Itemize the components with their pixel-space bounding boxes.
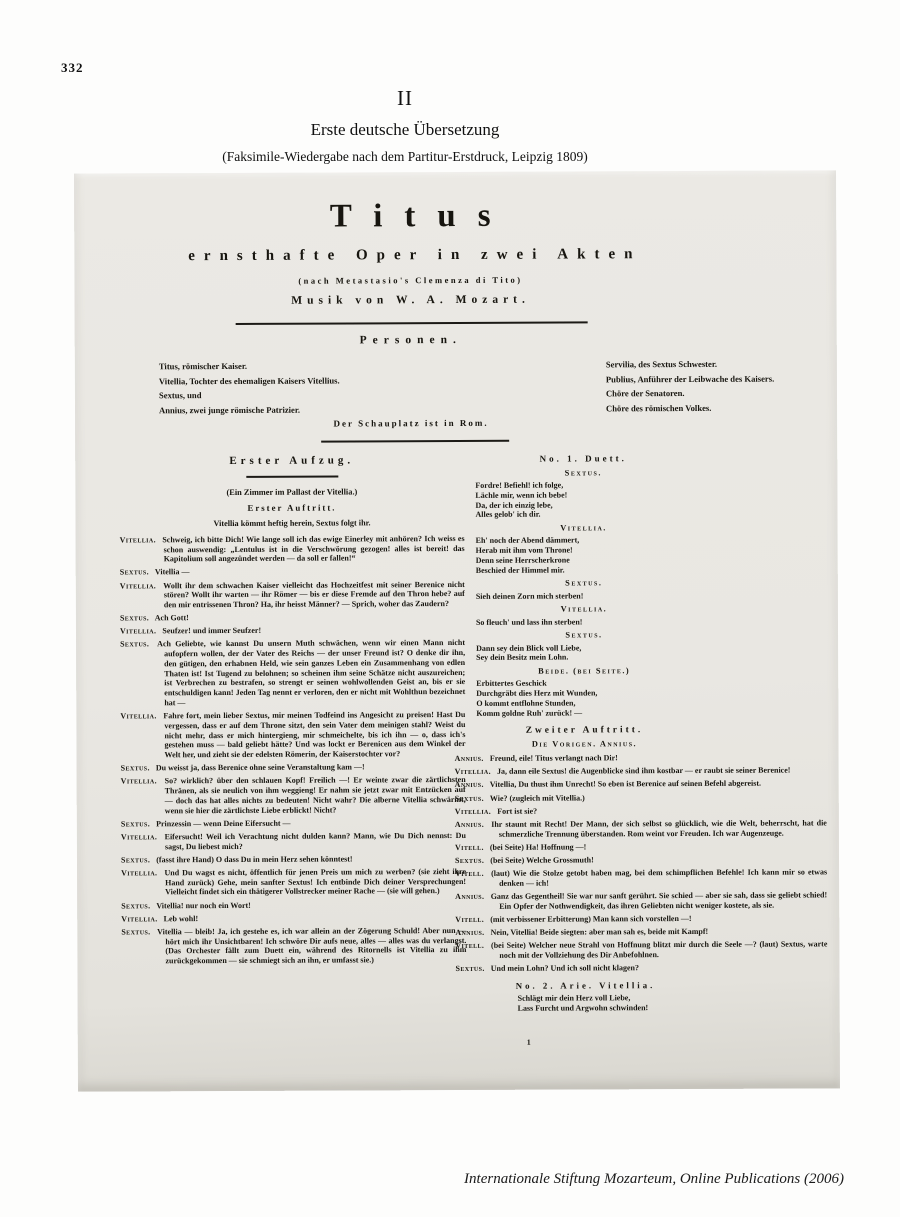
speaker-label: Sextus. (120, 614, 153, 623)
dialogue-entry: Sextus. Vitellia — (120, 566, 465, 577)
dialogue-block: Vitellia. Schweig, ich bitte Dich! Wie l… (120, 534, 467, 967)
speaker-label: Vitellia. (120, 627, 160, 636)
source-note: (nach Metastasio's Clemenza di Tito) (74, 274, 746, 287)
speaker-label: Vitellia. (120, 711, 160, 720)
dialogue-entry: Vitellia. Ja, dann eile Sextus! die Auge… (455, 766, 827, 777)
verse-speaker: Sextus. (476, 630, 692, 641)
speaker-label: Sextus. (121, 901, 154, 910)
setting-line: Der Schauplatz ist in Rom. (75, 417, 747, 430)
section-subtitle: (Faksimile-Wiedergabe nach dem Partitur-… (0, 149, 810, 165)
verse-line: Lass Furcht und Argwohn schwinden! (518, 1003, 694, 1014)
number-heading: No. 1. Duett. (475, 453, 691, 465)
dialogue-entry: Sextus. Vitellia — bleib! Ja, ich gesteh… (121, 926, 466, 967)
cast-list-right: Servilia, des Sextus Schwester.Publius, … (606, 356, 831, 415)
scanned-book-page: 332 II Erste deutsche Übersetzung (Faksi… (0, 0, 900, 1217)
verse-speaker: Vitellia. (476, 523, 692, 534)
speaker-label: Vitellia. (455, 807, 495, 816)
composer-line: Musik von W. A. Mozart. (75, 293, 747, 308)
speaker-label: Vitell. (455, 869, 488, 878)
speaker-label: Vitellia. (455, 767, 495, 776)
divider-rule (236, 321, 588, 325)
dialogue-entry: Annius. Nein, Vitellia! Beide siegten: a… (455, 926, 827, 937)
speaker-label: Vitellia. (121, 914, 161, 923)
dialogue-entry: Annius. Ganz das Gegentheil! Sie war nur… (455, 890, 827, 911)
dialogue-entry: Vitellia. Leb wohl! (121, 913, 466, 924)
dialogue-entry: Vitellia. Wollt ihr dem schwachen Kaiser… (120, 580, 465, 611)
aria-block: No. 2. Arie. Vitellia. Schlägt mir dein … (478, 980, 694, 1014)
section-numeral: II (0, 86, 810, 111)
speaker-label: Sextus. (120, 568, 153, 577)
dialogue-entry: Sextus. Du weisst ja, dass Berenice ohne… (121, 762, 466, 773)
verse-speaker: Beide. (bei Seite.) (476, 666, 692, 677)
verse-line: Beschied der Himmel mir. (476, 565, 692, 576)
dialogue-entry: Sextus. (fasst ihre Hand) O dass Du in m… (121, 854, 466, 865)
speaker-label: Vitell. (455, 915, 488, 924)
cast-member: Chöre des römischen Volkes. (606, 400, 831, 415)
cast-member: Titus, römischer Kaiser. (159, 358, 489, 374)
speaker-label: Sextus. (120, 640, 153, 649)
aria-verses: Schlägt mir dein Herz voll Liebe,Lass Fu… (518, 993, 694, 1013)
dialogue-entry: Vitell. (laut) Wie die Stolze getobt hab… (455, 867, 827, 888)
dialogue-entry: Sextus. Und mein Lohn? Und ich soll nich… (455, 962, 827, 973)
dialogue-entry: Sextus. Ach Geliebte, wie kannst Du unse… (120, 638, 465, 708)
speaker-label: Sextus. (121, 855, 154, 864)
cast-member: Chöre der Senatoren. (606, 385, 831, 400)
speaker-label: Vitellia. (120, 581, 160, 590)
dialogue-entry: Vitell. (bei Seite) Welcher neue Strahl … (455, 940, 827, 961)
speaker-label: Vitellia. (120, 535, 160, 544)
speaker-label: Sextus. (121, 927, 154, 936)
verse-line: So fleuch' und lass ihn sterben! (476, 617, 692, 628)
dialogue-entry: Vitellia. Und Du wagst es nicht, öffentl… (121, 867, 466, 898)
dialogue-entry: Sextus. Wie? (zugleich mit Vitellia.) (455, 792, 827, 803)
dialogue-entry: Sextus. Vitellia! nur noch ein Wort! (121, 900, 466, 911)
scene-cast-line: Die Vorigen. Annius. (476, 739, 692, 750)
speaker-label: Sextus. (121, 819, 154, 828)
speaker-label: Annius. (455, 780, 488, 789)
dialogue-entry: Vitell. (mit verbissener Erbitterung) Ma… (455, 913, 827, 924)
dialogue-entry: Vitellia. So? wirklich? über den schlaue… (121, 775, 466, 816)
speaker-label: Annius. (455, 892, 488, 901)
dialogue-entry: Vitellia. Fort ist sie? (455, 805, 827, 816)
speaker-label: Annius. (455, 820, 488, 829)
dialogue-entry: Vitellia. Eifersucht! Weil ich Verachtun… (121, 831, 466, 852)
cast-member: Annius, zwei junge römische Patrizier. (159, 401, 489, 417)
speaker-label: Sextus. (455, 856, 488, 865)
dialogue-block: Annius. Freund, eile! Titus verlangt nac… (455, 753, 828, 974)
opera-title: Titus (74, 171, 746, 237)
aria-heading: No. 2. Arie. Vitellia. (478, 980, 694, 992)
verse-line: Komm goldne Ruh' zurück! — (476, 708, 692, 719)
dialogue-entry: Annius. Ihr staunt mit Recht! Der Mann, … (455, 818, 827, 839)
divider-rule (321, 440, 509, 442)
speaker-label: Vitellia. (121, 832, 161, 841)
speaker-label: Annius. (455, 928, 488, 937)
verse-line: Alles gelob' ich dir. (475, 509, 691, 520)
verse-speaker: Sextus. (476, 578, 692, 589)
cast-list-left: Titus, römischer Kaiser.Vitellia, Tochte… (159, 358, 489, 417)
dialogue-entry: Vitell. (bei Seite) Ha! Hoffnung —! (455, 841, 827, 852)
chapter-header: II Erste deutsche Übersetzung (Faksimile… (0, 86, 810, 165)
stage-direction: Vitellia kömmt heftig herein, Sextus fol… (120, 518, 465, 530)
scene-heading: Erster Auftritt. (119, 502, 464, 514)
dialogue-entry: Vitellia. Fahre fort, mein lieber Sextus… (120, 710, 465, 760)
duet-verses: Sextus.Fordre! Befiehl! ich folge,Lächle… (475, 468, 692, 718)
speaker-label: Vitellia. (121, 777, 161, 786)
scene-heading: Zweiter Auftritt. (476, 725, 692, 737)
facsimile-title-block: Titus ernsthafte Oper in zwei Akten (nac… (74, 171, 747, 308)
cast-member: Vitellia, Tochter des ehemaligen Kaisers… (159, 372, 489, 388)
page-number: 332 (61, 60, 84, 76)
dialogue-entry: Sextus. (bei Seite) Welche Grossmuth! (455, 854, 827, 865)
libretto-right-column: No. 1. Duett. Sextus.Fordre! Befiehl! ic… (453, 452, 827, 1014)
duet-block: No. 1. Duett. Sextus.Fordre! Befiehl! ic… (475, 453, 692, 750)
section-title: Erste deutsche Übersetzung (0, 120, 810, 140)
speaker-label: Sextus. (121, 764, 154, 773)
verse-speaker: Sextus. (475, 468, 691, 479)
verse-speaker: Vitellia. (476, 604, 692, 615)
dialogue-entry: Annius. Vitellia, Du thust ihm Unrecht! … (455, 779, 827, 790)
dialogue-entry: Annius. Freund, eile! Titus verlangt nac… (455, 753, 827, 764)
divider-rule (246, 476, 338, 478)
verse-line: Sey dein Besitz mein Lohn. (476, 652, 692, 663)
speaker-label: Annius. (455, 754, 488, 763)
act-heading: Erster Aufzug. (119, 454, 464, 469)
speaker-label: Vitell. (455, 941, 488, 950)
cast-member: Servilia, des Sextus Schwester. (606, 356, 831, 371)
speaker-label: Vitellia. (121, 868, 161, 877)
dialogue-entry: Vitellia. Seufzer! und immer Seufzer! (120, 625, 465, 636)
speaker-label: Vitell. (455, 843, 488, 852)
dialogue-entry: Vitellia. Schweig, ich bitte Dich! Wie l… (120, 534, 465, 565)
dialogue-entry: Sextus. Prinzessin — wenn Deine Eifersuc… (121, 818, 466, 829)
signature-mark: 1 (527, 1038, 531, 1047)
personen-heading: Personen. (75, 333, 747, 348)
cast-member: Sextus, und (159, 387, 489, 403)
cast-member: Publius, Anführer der Leibwache des Kais… (606, 371, 831, 386)
opera-subtitle: ernsthafte Oper in zwei Akten (74, 246, 746, 266)
publication-credit: Internationale Stiftung Mozarteum, Onlin… (464, 1171, 844, 1188)
speaker-label: Sextus. (455, 793, 488, 802)
facsimile-scan: Titus ernsthafte Oper in zwei Akten (nac… (74, 170, 840, 1091)
verse-line: Sieh deinen Zorn mich sterben! (476, 591, 692, 602)
libretto-left-column: Erster Aufzug. (Ein Zimmer im Pallast de… (119, 454, 466, 970)
scene-note: (Ein Zimmer im Pallast der Vitellia.) (119, 487, 464, 499)
dialogue-entry: Sextus. Ach Gott! (120, 612, 465, 623)
speaker-label: Sextus. (455, 964, 488, 973)
